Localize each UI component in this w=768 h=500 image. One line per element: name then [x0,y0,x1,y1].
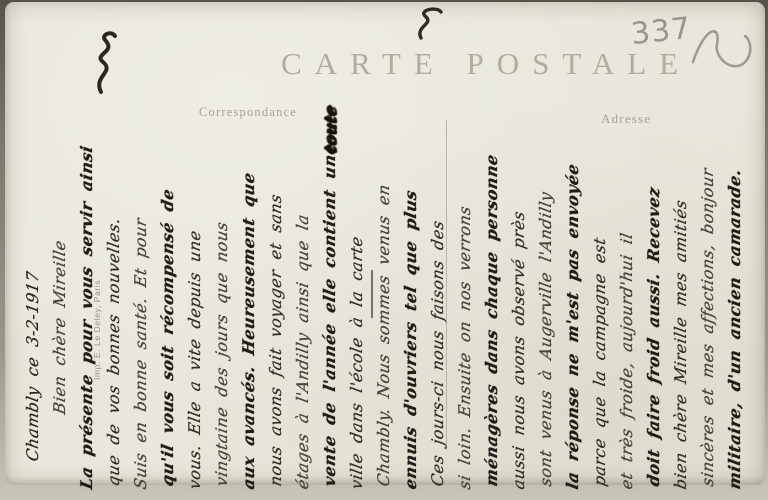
postcard: CARTE POSTALE Correspondance Adresse Imp… [5,2,765,485]
manuscript-line: Suis en bonne santé. Et pour [127,11,154,492]
crossed-out-word: toute [321,89,341,155]
manuscript-line: la réponse ne m'est pas envoyée [559,11,586,492]
manuscript-line: Chambly ce 3-2-1917 [19,11,46,492]
ink-scribble [89,28,129,98]
manuscript-line: ville dans l'école à la carte [343,11,370,492]
manuscript-line: si loin. Ensuite on nos verrons [451,11,478,492]
manuscript-line: militaire, d'un ancien camarade. [721,11,748,492]
manuscript-line: vous. Elle a vite depuis une [181,11,208,492]
manuscript-line: ennuis d'ouvriers tel que plus [397,11,424,492]
manuscript-line: ménagères dans chaque personne [478,11,505,489]
manuscript-line: étages à l'Andilly ainsi que la [289,11,316,492]
manuscript-line: Ces jours-ci nous faisons des [424,11,451,489]
manuscript-line: Bien chère Mireille [46,11,73,489]
scan-background: CARTE POSTALE Correspondance Adresse Imp… [0,0,768,500]
manuscript-line: vingtaine des jours que nous [208,11,235,489]
manuscript-line: nous avons fait voyager et sans [262,11,289,489]
manuscript-line: Chambly. Nous sommes venus en [370,11,397,489]
manuscript-line: aussi nous avons observé près [505,11,532,492]
manuscript: Chambly ce 3-2-1917Bien chère MireilleLa… [19,13,759,489]
manuscript-line: vente de l'année elle contient une [316,11,343,489]
manuscript-line: doit faire froid aussi. Recevez [640,11,667,489]
manuscript-line: parce que la campagne est [586,11,613,489]
manuscript-line: et très froide, aujourd'hui il [613,11,640,492]
manuscript-line: sincères et mes affections, bonjour [694,11,721,489]
manuscript-line: sont venus à Augerville l'Andilly [532,11,559,489]
ink-scribble [413,2,449,42]
underline-stroke [371,270,373,318]
manuscript-line: aux avancés. Heureusement que [235,11,262,492]
manuscript-line: bien chère Mireille mes amitiés [667,11,694,492]
manuscript-line: qu'il vous soit récompensé de [154,11,181,489]
